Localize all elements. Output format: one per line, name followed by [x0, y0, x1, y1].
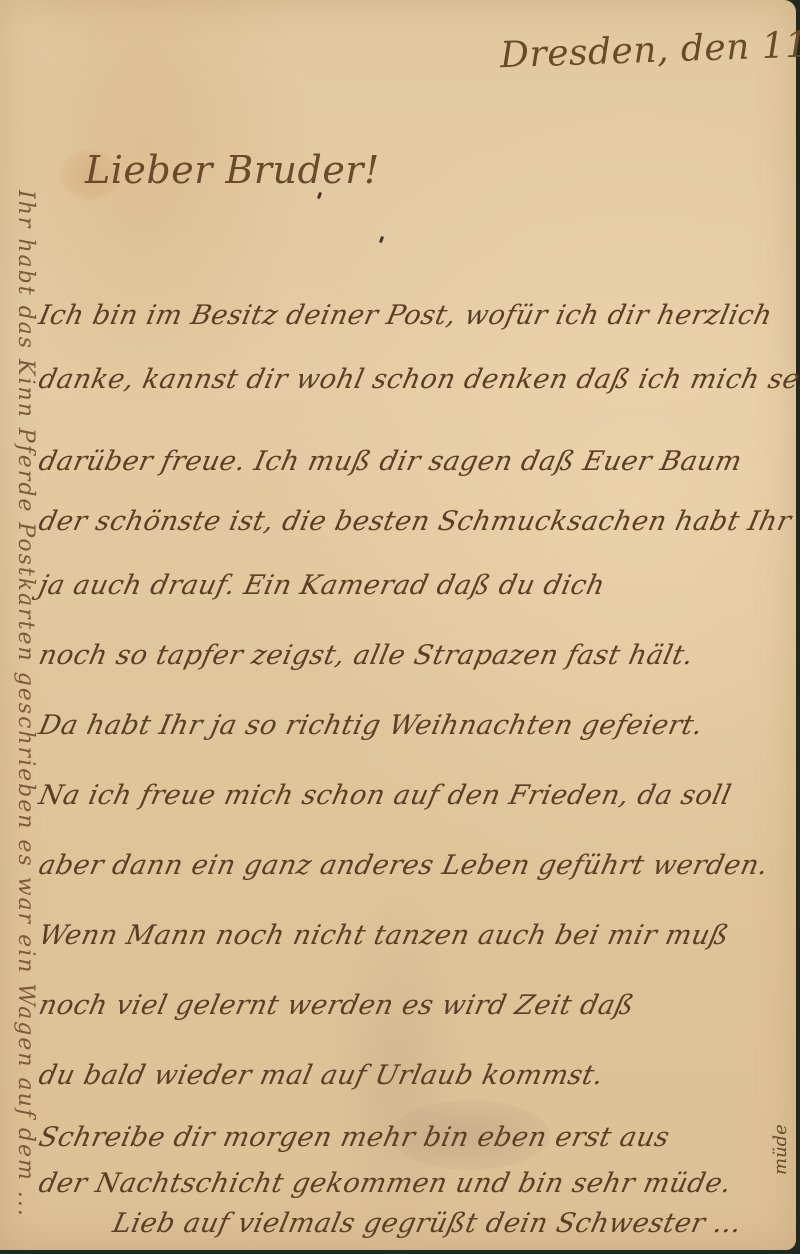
body-line: Na ich freue mich schon auf den Frieden,…: [36, 780, 734, 811]
corner-margin-note: müde: [770, 1124, 791, 1175]
salutation: Lieber Bruder!: [85, 148, 380, 192]
body-line: danke, kannst dir wohl schon denken daß …: [36, 364, 800, 395]
letter-card: Dresden, den 11.1.17. Lieber Bruder! Ich…: [0, 0, 796, 1250]
body-line: noch so tapfer zeigst, alle Strapazen fa…: [36, 640, 696, 671]
body-line: Ich bin im Besitz deiner Post, wofür ich…: [36, 300, 775, 331]
date-line: Dresden, den 11.1.17.: [499, 21, 800, 76]
body-line: Lieb auf vielmals gegrüßt dein Schwester…: [110, 1208, 745, 1239]
left-margin-note: Ihr habt das Kinn Pferde Postkarten gesc…: [13, 190, 38, 1050]
body-line: aber dann ein ganz anderes Leben geführt…: [36, 850, 771, 881]
ink-fleck: [317, 192, 322, 200]
body-line: noch viel gelernt werden es wird Zeit da…: [36, 990, 637, 1021]
ink-fleck: [379, 236, 384, 244]
body-line: Wenn Mann noch nicht tanzen auch bei mir…: [36, 920, 732, 951]
body-line: darüber freue. Ich muß dir sagen daß Eue…: [36, 446, 745, 477]
body-line: der schönste ist, die besten Schmucksach…: [36, 506, 794, 537]
body-line: ja auch drauf. Ein Kamerad daß du dich: [36, 570, 608, 601]
body-line: Schreibe dir morgen mehr bin eben erst a…: [36, 1122, 672, 1153]
body-line: du bald wieder mal auf Urlaub kommst.: [36, 1060, 606, 1091]
body-line: der Nachtschicht gekommen und bin sehr m…: [36, 1168, 734, 1199]
body-line: Da habt Ihr ja so richtig Weihnachten ge…: [36, 710, 706, 741]
